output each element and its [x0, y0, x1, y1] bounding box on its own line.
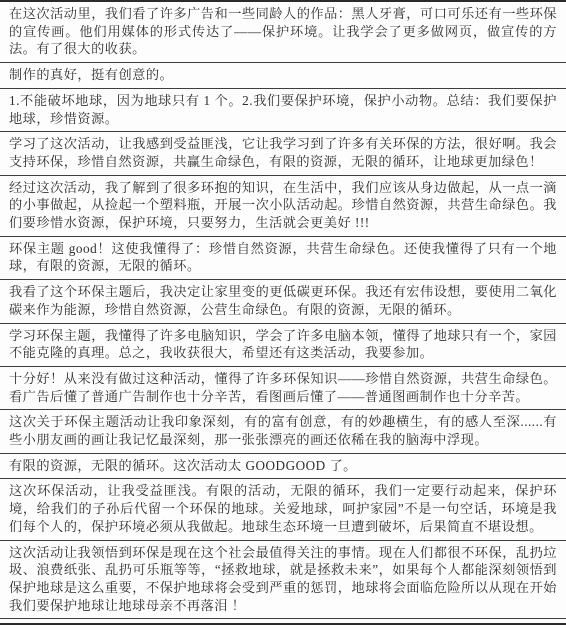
comment-text: 学习环保主题，我懂得了许多电脑知识，学会了许多电脑本领，懂得了地球只有一个，家园… [9, 327, 557, 362]
comment-text: 这次环保活动，让我受益匪浅。有限的活动，无限的循环，我们一定要行动起来，保护环境… [9, 482, 557, 535]
comment-text: 我看了这个环保主题后，我决定让家里变的更低碳更环保。我还有宏伟设想，要使用二氧化… [9, 283, 557, 318]
comment-text: 这次关于环保主题活动让我印象深刻，有的富有创意，有的妙趣横生，有的感人至深...… [9, 413, 557, 448]
comment-row: 学习环保主题，我懂得了许多电脑知识，学会了许多电脑本领，懂得了地球只有一个，家园… [0, 324, 566, 367]
comment-row: 制作的真好，挺有创意的。 [0, 63, 566, 89]
feedback-comments-table: 在这次活动里，我们看了许多广告和一些同龄人的作品：黑人牙膏，可口可乐还有一些环保… [0, 0, 566, 625]
comment-row: 学习了这次活动，让我感到受益匪浅，它让我学习到了许多有关环保的方法，很好啊。我会… [0, 132, 566, 175]
comment-row: 在这次活动里，我们看了许多广告和一些同龄人的作品：黑人牙膏，可口可乐还有一些环保… [0, 2, 566, 63]
comment-row: 1.不能破坏地球，因为地球只有 1 个。2.我们要保护环境，保护小动物。总结：我… [0, 89, 566, 132]
comment-text: 环保主题 good！这使我懂得了：珍惜自然资源，共营生命绿色。还使我懂得了只有一… [9, 240, 557, 275]
comment-row: 有限的资源，无限的循环。这次活动太 GOODGOOD 了。 [0, 454, 566, 480]
comment-text: 经过这次活动，我了解到了很多环抱的知识，在生活中，我们应该从身边做起，从一点一滴… [9, 179, 557, 232]
comment-text: 有限的资源，无限的循环。这次活动太 GOODGOOD 了。 [9, 457, 557, 475]
comment-text: 在这次活动里，我们看了许多广告和一些同龄人的作品：黑人牙膏，可口可乐还有一些环保… [9, 5, 557, 58]
comment-row: 经过这次活动，我了解到了很多环抱的知识，在生活中，我们应该从身边做起，从一点一滴… [0, 176, 566, 237]
comment-row: 十分好！从来没有做过这种活动，懂得了许多环保知识——珍惜自然资源，共营生命绿色。… [0, 367, 566, 410]
comment-row: 这次环保活动，让我受益匪浅。有限的活动，无限的循环，我们一定要行动起来，保护环境… [0, 479, 566, 540]
comment-text: 1.不能破坏地球，因为地球只有 1 个。2.我们要保护环境，保护小动物。总结：我… [9, 92, 557, 127]
comment-text: 学习了这次活动，让我感到受益匪浅，它让我学习到了许多有关环保的方法，很好啊。我会… [9, 135, 557, 170]
comment-row: 这次关于环保主题活动让我印象深刻，有的富有创意，有的妙趣横生，有的感人至深...… [0, 410, 566, 453]
comment-text: 十分好！从来没有做过这种活动，懂得了许多环保知识——珍惜自然资源，共营生命绿色。… [9, 370, 557, 405]
comment-row: 我看了这个环保主题后，我决定让家里变的更低碳更环保。我还有宏伟设想，要使用二氧化… [0, 280, 566, 323]
comment-text: 制作的真好，挺有创意的。 [9, 66, 557, 84]
comment-row: 这次活动让我领悟到环保是现在这个社会最值得关注的事情。现在人们都很不环保，乱扔垃… [0, 541, 566, 620]
comment-text: 这次活动让我领悟到环保是现在这个社会最值得关注的事情。现在人们都很不环保，乱扔垃… [9, 544, 557, 615]
comment-row: 环保主题 good！这使我懂得了：珍惜自然资源，共营生命绿色。还使我懂得了只有一… [0, 237, 566, 280]
bottom-double-rule [0, 619, 566, 625]
